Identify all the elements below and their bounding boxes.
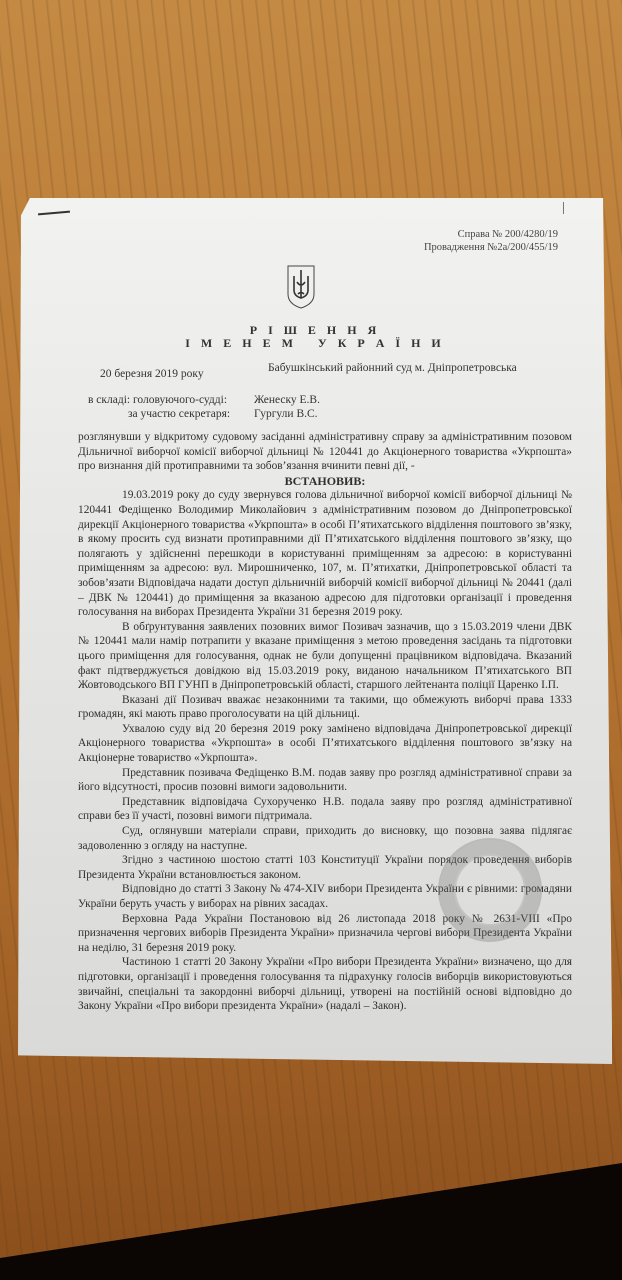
trident-coat-of-arms-icon <box>286 264 316 310</box>
decision-date: 20 березня 2019 року <box>100 368 204 380</box>
secretary-label: за участю секретаря: <box>128 408 230 420</box>
judge-name: Женеску Е.В. <box>254 394 320 406</box>
paragraph: 19.03.2019 року до суду звернувся голова… <box>78 488 572 619</box>
paragraph: Ухвалою суду від 20 березня 2019 року за… <box>78 722 572 766</box>
paragraph: Представник позивача Федіщенко В.М. пода… <box>78 766 572 795</box>
intro-paragraph: розглянувши у відкритому судовому засіда… <box>78 430 572 474</box>
proceeding-number: Провадження №2а/200/455/19 <box>424 241 558 254</box>
court-decision-page: Справа № 200/4280/19 Провадження №2а/200… <box>18 198 612 1064</box>
section-heading: ВСТАНОВИВ: <box>78 474 572 489</box>
case-reference: Справа № 200/4280/19 Провадження №2а/200… <box>424 228 558 254</box>
paragraph: Частиною 1 статті 20 Закону України «Про… <box>78 955 572 1013</box>
court-seal-stamp-icon <box>438 838 542 942</box>
case-number: Справа № 200/4280/19 <box>424 228 558 241</box>
composition-label: в складі: головуючого-судді: <box>88 394 227 406</box>
pen-mark <box>38 211 70 216</box>
paragraph: В обґрунтування заявлених позовних вимог… <box>78 620 572 693</box>
title-in-the-name: І М Е Н Е М У К Р А Ї Н И <box>18 337 612 350</box>
paragraph: Представник відповідача Сухорученко Н.В.… <box>78 795 572 824</box>
court-name: Бабушкінський районний суд м. Дніпропетр… <box>268 362 517 374</box>
wood-grain-crack <box>0 0 617 101</box>
document-title: Р І Ш Е Н Н Я І М Е Н Е М У К Р А Ї Н И <box>18 324 612 350</box>
paragraph: Вказані дії Позивач вважає незаконними т… <box>78 693 572 722</box>
secretary-name: Гургули В.С. <box>254 408 318 420</box>
edge-mark <box>563 202 564 214</box>
